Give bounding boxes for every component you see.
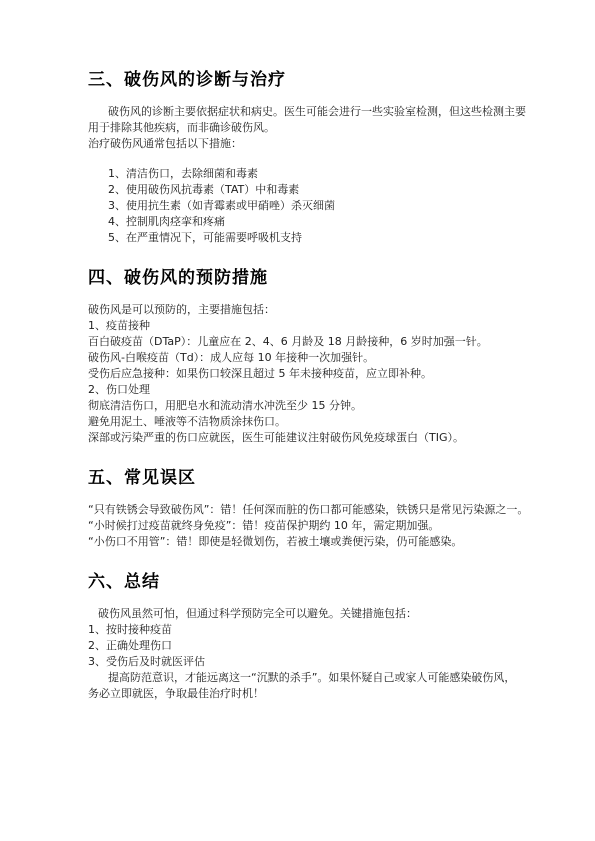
section-body: 破伤风是可以预防的，主要措施包括： 1、疫苗接种 百白破疫苗（DTaP）：儿童应… (88, 302, 507, 446)
text-line: 务必立即就医，争取最佳治疗时机！ (88, 686, 507, 702)
text-line: 用于排除其他疾病，而非确诊破伤风。 (88, 120, 507, 136)
text-line: “小时候打过疫苗就终身免疫”：错！疫苗保护期约 10 年，需定期加强。 (88, 518, 507, 534)
document-content: 三、破伤风的诊断与治疗 破伤风的诊断主要依据症状和病史。医生可能会进行一些实验室… (88, 68, 507, 702)
section-heading: 四、破伤风的预防措施 (88, 266, 507, 290)
section-body: 破伤风的诊断主要依据症状和病史。医生可能会进行一些实验室检测，但这些检测主要 用… (88, 104, 507, 246)
text-line: 破伤风的诊断主要依据症状和病史。医生可能会进行一些实验室检测，但这些检测主要 (88, 104, 507, 120)
text-line: 彻底清洁伤口，用肥皂水和流动清水冲洗至少 15 分钟。 (88, 398, 507, 414)
section-prevention: 四、破伤风的预防措施 破伤风是可以预防的，主要措施包括： 1、疫苗接种 百白破疫… (88, 266, 507, 446)
text-line: 受伤后应急接种：如果伤口较深且超过 5 年未接种疫苗，应立即补种。 (88, 366, 507, 382)
list-item: 2、正确处理伤口 (88, 638, 507, 654)
text-line: 提高防范意识，才能远离这一“沉默的杀手”。如果怀疑自己或家人可能感染破伤风， (88, 670, 507, 686)
section-diagnosis-treatment: 三、破伤风的诊断与治疗 破伤风的诊断主要依据症状和病史。医生可能会进行一些实验室… (88, 68, 507, 246)
section-heading: 六、总结 (88, 570, 507, 594)
section-misconceptions: 五、常见误区 “只有铁锈会导致破伤风”：错！任何深而脏的伤口都可能感染，铁锈只是… (88, 466, 507, 550)
document-page: 三、破伤风的诊断与治疗 破伤风的诊断主要依据症状和病史。医生可能会进行一些实验室… (0, 0, 595, 841)
section-body: 破伤风虽然可怕，但通过科学预防完全可以避免。关键措施包括： 1、按时接种疫苗 2… (88, 606, 507, 702)
list-item: 1、清洁伤口，去除细菌和毒素 (88, 166, 507, 182)
section-heading: 三、破伤风的诊断与治疗 (88, 68, 507, 92)
text-line: 避免用泥土、唾液等不洁物质涂抹伤口。 (88, 414, 507, 430)
text-line: 治疗破伤风通常包括以下措施： (88, 136, 507, 152)
list-item: 2、使用破伤风抗毒素（TAT）中和毒素 (88, 182, 507, 198)
text-line: 破伤风是可以预防的，主要措施包括： (88, 302, 507, 318)
text-line: 破伤风虽然可怕，但通过科学预防完全可以避免。关键措施包括： (88, 606, 507, 622)
list-item: 1、按时接种疫苗 (88, 622, 507, 638)
text-line: 百白破疫苗（DTaP）：儿童应在 2、4、6 月龄及 18 月龄接种，6 岁时加… (88, 334, 507, 350)
list-item: 3、使用抗生素（如青霉素或甲硝唑）杀灭细菌 (88, 198, 507, 214)
list-item: 3、受伤后及时就医评估 (88, 654, 507, 670)
list-item: 1、疫苗接种 (88, 318, 507, 334)
text-line: 深部或污染严重的伤口应就医，医生可能建议注射破伤风免疫球蛋白（TIG）。 (88, 430, 507, 446)
text-line: “只有铁锈会导致破伤风”：错！任何深而脏的伤口都可能感染，铁锈只是常见污染源之一… (88, 502, 507, 518)
list-item: 2、伤口处理 (88, 382, 507, 398)
text-line: “小伤口不用管”：错！即使是轻微划伤，若被土壤或粪便污染，仍可能感染。 (88, 534, 507, 550)
text-line: 破伤风-白喉疫苗（Td）：成人应每 10 年接种一次加强针。 (88, 350, 507, 366)
section-summary: 六、总结 破伤风虽然可怕，但通过科学预防完全可以避免。关键措施包括： 1、按时接… (88, 570, 507, 702)
list-item: 5、在严重情况下，可能需要呼吸机支持 (88, 230, 507, 246)
list-item: 4、控制肌肉痉挛和疼痛 (88, 214, 507, 230)
section-heading: 五、常见误区 (88, 466, 507, 490)
section-body: “只有铁锈会导致破伤风”：错！任何深而脏的伤口都可能感染，铁锈只是常见污染源之一… (88, 502, 507, 550)
